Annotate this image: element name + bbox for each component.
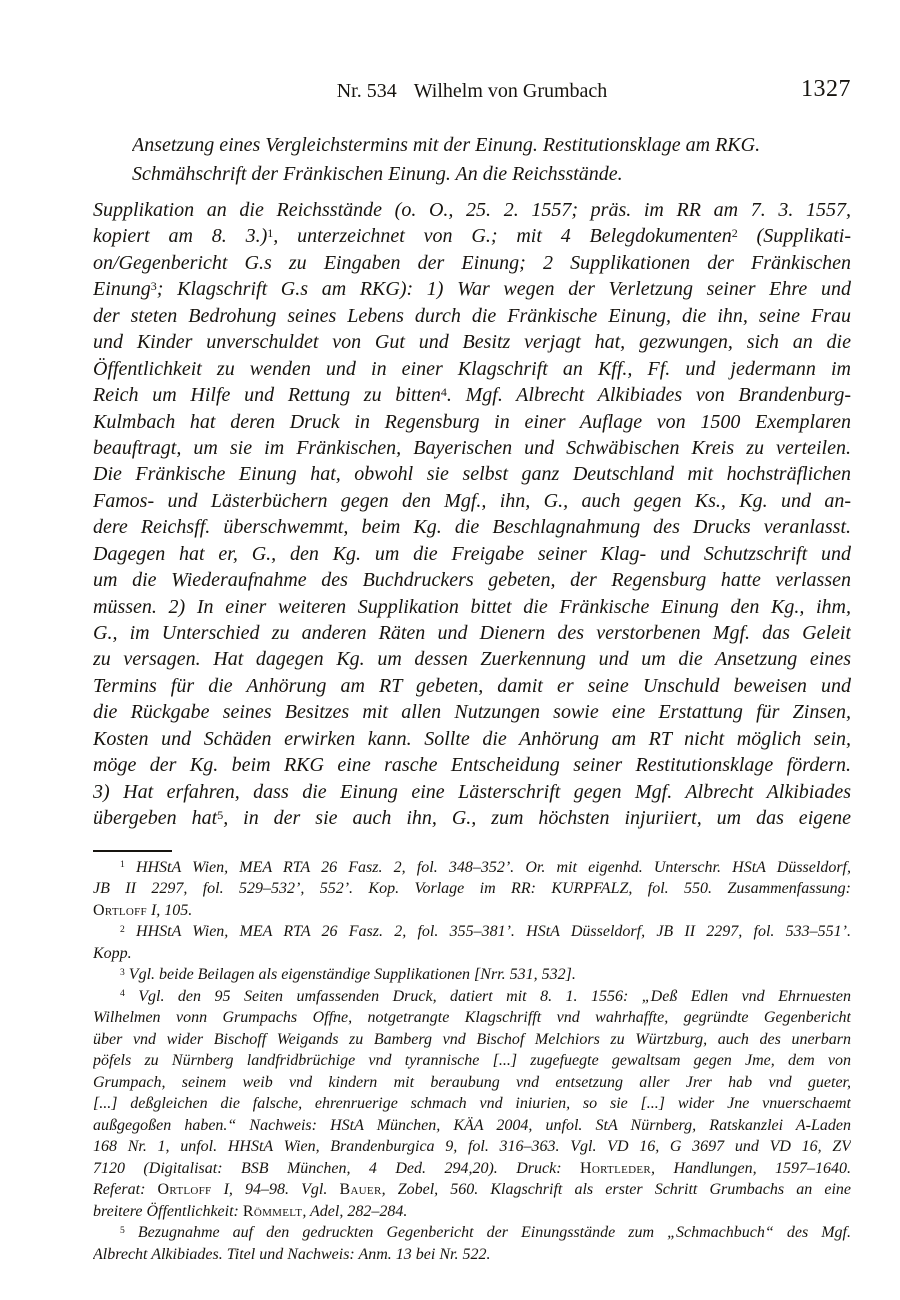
text-line: Termins für die Anhörung am RT gebeten, … — [93, 673, 851, 699]
book-page: Nr. 534Wilhelm von Grumbach 1327 Ansetzu… — [0, 0, 900, 1300]
text-line: über vnd wider Bischoff Weigands zu Bamb… — [93, 1029, 851, 1051]
text-line: 3) Hat erfahren, dass die Einung eine Lä… — [93, 779, 851, 805]
text-line: beauftragt, um sie im Fränkischen, Bayer… — [93, 435, 851, 461]
text-run: kopiert am 8. 3.) — [93, 225, 267, 247]
text-run: 7120 (Digitalisat: BSB München, 4 Ded. 2… — [93, 1160, 580, 1177]
text-run: Termins für die Anhörung am RT gebeten, … — [93, 675, 851, 697]
text-line: 5 Bezugnahme auf den gedruckten Gegenber… — [93, 1222, 851, 1244]
smallcaps-author: Bauer — [339, 1181, 381, 1198]
text-run: HHStA Wien, MEA RTA 26 Fasz. 2, fol. 355… — [125, 923, 851, 940]
text-run: . Mgf. Albrecht Alkibiades von Brandenbu… — [447, 384, 851, 406]
text-run: JB II 2297, fol. 529–532’, 552’. Kop. Vo… — [93, 880, 851, 897]
text-run: , Handlungen, 1597–1640. — [651, 1160, 851, 1177]
text-run: , Zobel, 560. Klagschrift als erster Sch… — [382, 1181, 851, 1198]
text-line: Kosten und Schäden erwirken kann. Sollte… — [93, 726, 851, 752]
text-line: Ortloff I, 105. — [93, 900, 851, 922]
text-line: müssen. 2) In einer weiteren Supplikatio… — [93, 594, 851, 620]
footnote-marker: 4 — [120, 988, 125, 999]
text-line: 2 HHStA Wien, MEA RTA 26 Fasz. 2, fol. 3… — [93, 921, 851, 943]
text-run: pöfels zu Nürnberg landfridbrüchige vnd … — [93, 1052, 851, 1069]
footnote-marker: 4 — [441, 385, 447, 399]
text-run: Vgl. beide Beilagen als eigenständige Su… — [125, 966, 576, 983]
text-line: Referat: Ortloff I, 94–98. Vgl. Bauer, Z… — [93, 1179, 851, 1201]
text-run: , in der sie auch ihn, G., zum höchsten … — [223, 807, 851, 829]
text-run: die Rückgabe seines Besitzes mit allen N… — [93, 701, 851, 723]
text-run: über vnd wider Bischoff Weigands zu Bamb… — [93, 1031, 851, 1048]
text-run: Reich um Hilfe und Rettung zu bitten — [93, 384, 441, 406]
text-line: möge der Kg. beim RKG eine rasche Entsch… — [93, 752, 851, 778]
text-run: Albrecht Alkibiades. Titel und Nachweis:… — [93, 1246, 490, 1263]
footnote-2: 2 HHStA Wien, MEA RTA 26 Fasz. 2, fol. 3… — [93, 921, 851, 964]
text-run: Grumpach, seinem weib vnd kindern mit be… — [93, 1074, 851, 1091]
text-run: ; Klagschrift G.s am RKG): 1) War wegen … — [157, 278, 851, 300]
text-run: (Supplikati- — [738, 225, 851, 247]
smallcaps-author: Römmelt — [243, 1203, 302, 1220]
text-line: zu versagen. Hat dagegen Kg. um dessen Z… — [93, 646, 851, 672]
footnote-marker: 1 — [267, 226, 273, 240]
text-run: Bezugnahme auf den gedruckten Gegenberic… — [125, 1224, 851, 1241]
text-line: on/Gegenbericht G.s zu Eingaben der Einu… — [93, 250, 851, 276]
running-header: Nr. 534Wilhelm von Grumbach 1327 — [93, 80, 851, 107]
footnote-marker: 3 — [151, 279, 157, 293]
text-run: [...] deßgleichen die falsche, ehrenruer… — [93, 1095, 851, 1112]
text-run: G., im Unterschied zu anderen Räten und … — [93, 622, 851, 644]
text-run: und Kinder unverschuldet von Gut und Bes… — [93, 331, 851, 353]
footnote-marker: 2 — [120, 924, 125, 935]
footnote-marker: 5 — [120, 1225, 125, 1236]
text-run: Supplikation an die Reichsstände (o. O.,… — [93, 199, 851, 221]
text-line: breitere Öffentlichkeit: Römmelt, Adel, … — [93, 1201, 851, 1223]
text-run: der steten Bedrohung seines Lebens durch… — [93, 305, 851, 327]
smallcaps-author: Ortloff — [158, 1181, 212, 1198]
text-line: Famos- und Lästerbüchern gegen den Mgf.,… — [93, 488, 851, 514]
page-number: 1327 — [801, 76, 851, 103]
smallcaps-author: Hortleder — [580, 1160, 651, 1177]
text-run: Schmähschrift der Fränkischen Einung. An… — [132, 163, 623, 185]
text-line: Die Fränkische Einung hat, obwohl sie se… — [93, 461, 851, 487]
text-line: 168 Nr. 1, unfol. HHStA Wien, Brandenbur… — [93, 1136, 851, 1158]
text-run: Kopp. — [93, 945, 132, 962]
text-run: Famos- und Lästerbüchern gegen den Mgf.,… — [93, 490, 851, 512]
footnote-marker: 5 — [217, 808, 223, 822]
text-run: I, 94–98. Vgl. — [211, 1181, 339, 1198]
text-block: Nr. 534Wilhelm von Grumbach 1327 Ansetzu… — [93, 0, 851, 1265]
text-run: möge der Kg. beim RKG eine rasche Entsch… — [93, 754, 851, 776]
text-line: kopiert am 8. 3.)1, unterzeichnet von G.… — [93, 223, 851, 249]
text-run: Dagegen hat er, G., den Kg. um die Freig… — [93, 543, 851, 565]
text-run: dere Reichsff. überschwemmt, beim Kg. di… — [93, 516, 851, 538]
text-run: 168 Nr. 1, unfol. HHStA Wien, Brandenbur… — [93, 1138, 851, 1155]
text-run: Kulmbach hat deren Druck in Regensburg i… — [93, 411, 851, 433]
text-run: 3) Hat erfahren, dass die Einung eine Lä… — [93, 781, 851, 803]
text-line: dere Reichsff. überschwemmt, beim Kg. di… — [93, 514, 851, 540]
text-run: , Adel, 282–284. — [302, 1203, 407, 1220]
footnote-separator — [93, 850, 172, 852]
text-line: pöfels zu Nürnberg landfridbrüchige vnd … — [93, 1050, 851, 1072]
text-line: um die Wiederaufnahme des Buchdruckers g… — [93, 567, 851, 593]
doc-number: Nr. 534 — [337, 80, 397, 102]
text-line: 4 Vgl. den 95 Seiten umfassenden Druck, … — [93, 986, 851, 1008]
text-line: 3 Vgl. beide Beilagen als eigenständige … — [93, 964, 851, 986]
text-line: Dagegen hat er, G., den Kg. um die Freig… — [93, 541, 851, 567]
text-line: außgegoßen haben.“ Nachweis: HStA Münche… — [93, 1115, 851, 1137]
text-line: Grumpach, seinem weib vnd kindern mit be… — [93, 1072, 851, 1094]
text-run: müssen. 2) In einer weiteren Supplikatio… — [93, 596, 851, 618]
text-run: übergeben hat — [93, 807, 217, 829]
text-line: die Rückgabe seines Besitzes mit allen N… — [93, 699, 851, 725]
footnote-4: 4 Vgl. den 95 Seiten umfassenden Druck, … — [93, 986, 851, 1223]
footnote-marker: 2 — [732, 226, 738, 240]
footnote-marker: 1 — [120, 859, 125, 870]
text-line: übergeben hat5, in der sie auch ihn, G.,… — [93, 805, 851, 831]
text-run: Vgl. den 95 Seiten umfassenden Druck, da… — [125, 988, 851, 1005]
text-run: außgegoßen haben.“ Nachweis: HStA Münche… — [93, 1117, 851, 1134]
text-line: [...] deßgleichen die falsche, ehrenruer… — [93, 1093, 851, 1115]
body-paragraph: Supplikation an die Reichsstände (o. O.,… — [93, 197, 851, 832]
text-run: um die Wiederaufnahme des Buchdruckers g… — [93, 569, 851, 591]
text-run: , unterzeichnet von G.; mit 4 Belegdokum… — [273, 225, 731, 247]
text-run: breitere Öffentlichkeit: — [93, 1203, 243, 1220]
footnote-3: 3 Vgl. beide Beilagen als eigenständige … — [93, 964, 851, 986]
text-line: und Kinder unverschuldet von Gut und Bes… — [93, 329, 851, 355]
doc-title: Wilhelm von Grumbach — [414, 80, 608, 102]
text-run: Einung — [93, 278, 151, 300]
text-line: Wilhelmen vonn Grumpachs Offne, notgetra… — [93, 1007, 851, 1029]
text-line: 7120 (Digitalisat: BSB München, 4 Ded. 2… — [93, 1158, 851, 1180]
text-run: I, 105. — [147, 902, 192, 919]
text-line: Ansetzung eines Vergleichstermins mit de… — [132, 131, 851, 160]
text-line: G., im Unterschied zu anderen Räten und … — [93, 620, 851, 646]
text-run: zu versagen. Hat dagegen Kg. um dessen Z… — [93, 648, 851, 670]
header-caption: Nr. 534Wilhelm von Grumbach — [337, 80, 608, 102]
text-run: Referat: — [93, 1181, 158, 1198]
text-run: Kosten und Schäden erwirken kann. Sollte… — [93, 728, 851, 750]
text-line: Supplikation an die Reichsstände (o. O.,… — [93, 197, 851, 223]
text-run: Öffentlichkeit zu wenden und in einer Kl… — [93, 358, 851, 380]
text-line: Einung3; Klagschrift G.s am RKG): 1) War… — [93, 276, 851, 302]
footnote-marker: 3 — [120, 967, 125, 978]
text-line: 1 HHStA Wien, MEA RTA 26 Fasz. 2, fol. 3… — [93, 857, 851, 879]
text-run: Die Fränkische Einung hat, obwohl sie se… — [93, 463, 851, 485]
footnote-1: 1 HHStA Wien, MEA RTA 26 Fasz. 2, fol. 3… — [93, 857, 851, 922]
text-run: on/Gegenbericht G.s zu Eingaben der Einu… — [93, 252, 851, 274]
footnotes-section: 1 HHStA Wien, MEA RTA 26 Fasz. 2, fol. 3… — [93, 857, 851, 1266]
text-line: Schmähschrift der Fränkischen Einung. An… — [132, 160, 851, 189]
text-run: beauftragt, um sie im Fränkischen, Bayer… — [93, 437, 851, 459]
footnote-5: 5 Bezugnahme auf den gedruckten Gegenber… — [93, 1222, 851, 1265]
text-run: Wilhelmen vonn Grumpachs Offne, notgetra… — [93, 1009, 851, 1026]
summary-heading: Ansetzung eines Vergleichstermins mit de… — [93, 131, 851, 189]
smallcaps-author: Ortloff — [93, 902, 147, 919]
text-line: Reich um Hilfe und Rettung zu bitten4. M… — [93, 382, 851, 408]
text-line: der steten Bedrohung seines Lebens durch… — [93, 303, 851, 329]
text-line: Kopp. — [93, 943, 851, 965]
text-line: Kulmbach hat deren Druck in Regensburg i… — [93, 409, 851, 435]
text-run: HHStA Wien, MEA RTA 26 Fasz. 2, fol. 348… — [125, 859, 851, 876]
text-line: Öffentlichkeit zu wenden und in einer Kl… — [93, 356, 851, 382]
text-line: Albrecht Alkibiades. Titel und Nachweis:… — [93, 1244, 851, 1266]
text-line: JB II 2297, fol. 529–532’, 552’. Kop. Vo… — [93, 878, 851, 900]
text-run: Ansetzung eines Vergleichstermins mit de… — [132, 134, 760, 156]
